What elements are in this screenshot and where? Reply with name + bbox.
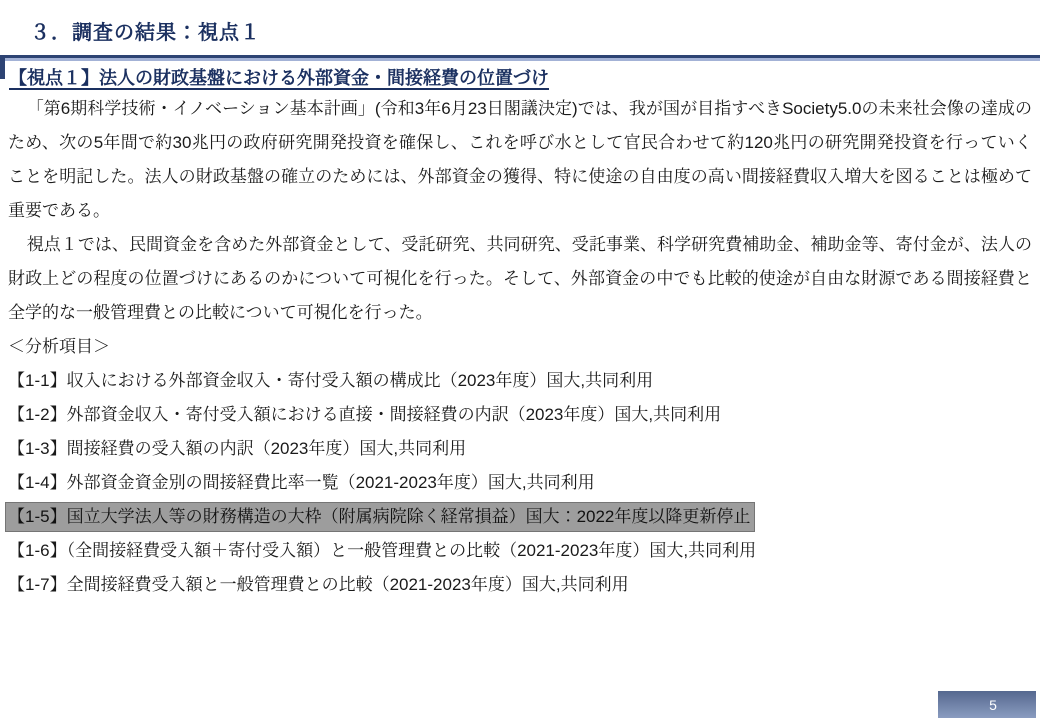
analysis-item: 【1-6】（全間接経費受入額＋寄付受入額）と一般管理費との比較（2021-202… [8, 534, 1032, 568]
body-paragraph-2: 視点１では、民間資金を含めた外部資金として、受託研究、共同研究、受託事業、科学研… [8, 228, 1032, 330]
body-paragraph-1: 「第6期科学技術・イノベーション基本計画」(令和3年6月23日閣議決定)では、我… [8, 92, 1032, 228]
analysis-item-text: 【1-2】外部資金収入・寄付受入額における直接・間接経費の内訳（2023年度）国… [8, 405, 721, 424]
page-number: 5 [989, 697, 997, 713]
analysis-item-highlight: 【1-5】国立大学法人等の財務構造の大枠（附属病院除く経常損益）国大：2022年… [6, 503, 754, 531]
title-divider [0, 55, 1040, 61]
analysis-item-text: 【1-4】外部資金資金別の間接経費比率一覧（2021-2023年度）国大,共同利… [8, 473, 595, 492]
analysis-items-label: ＜分析項目＞ [8, 330, 1032, 364]
slide: ３．調査の結果：視点１ 【視点１】法人の財政基盤における外部資金・間接経費の位置… [0, 0, 1040, 720]
analysis-item: 【1-2】外部資金収入・寄付受入額における直接・間接経費の内訳（2023年度）国… [8, 398, 1032, 432]
page-title: ３．調査の結果：視点１ [30, 16, 261, 45]
analysis-item-text: 【1-1】収入における外部資金収入・寄付受入額の構成比（2023年度）国大,共同… [8, 371, 653, 390]
body-text: 「第6期科学技術・イノベーション基本計画」(令和3年6月23日閣議決定)では、我… [8, 92, 1032, 602]
analysis-item-text: 【1-3】間接経費の受入額の内訳（2023年度）国大,共同利用 [8, 439, 466, 458]
analysis-item-highlighted: 【1-5】国立大学法人等の財務構造の大枠（附属病院除く経常損益）国大：2022年… [8, 500, 1032, 534]
analysis-item: 【1-4】外部資金資金別の間接経費比率一覧（2021-2023年度）国大,共同利… [8, 466, 1032, 500]
analysis-item: 【1-7】全間接経費受入額と一般管理費との比較（2021-2023年度）国大,共… [8, 568, 1032, 602]
analysis-item: 【1-1】収入における外部資金収入・寄付受入額の構成比（2023年度）国大,共同… [8, 364, 1032, 398]
page-number-box: 5 [938, 691, 1036, 718]
analysis-items-list: 【1-1】収入における外部資金収入・寄付受入額の構成比（2023年度）国大,共同… [8, 364, 1032, 602]
analysis-item-text: 【1-6】（全間接経費受入額＋寄付受入額）と一般管理費との比較（2021-202… [8, 541, 756, 560]
section-heading: 【視点１】法人の財政基盤における外部資金・間接経費の位置づけ [9, 64, 549, 90]
analysis-item: 【1-3】間接経費の受入額の内訳（2023年度）国大,共同利用 [8, 432, 1032, 466]
title-divider-light-line [0, 58, 1040, 61]
analysis-item-text: 【1-7】全間接経費受入額と一般管理費との比較（2021-2023年度）国大,共… [8, 575, 629, 594]
left-accent-bar [0, 58, 5, 79]
